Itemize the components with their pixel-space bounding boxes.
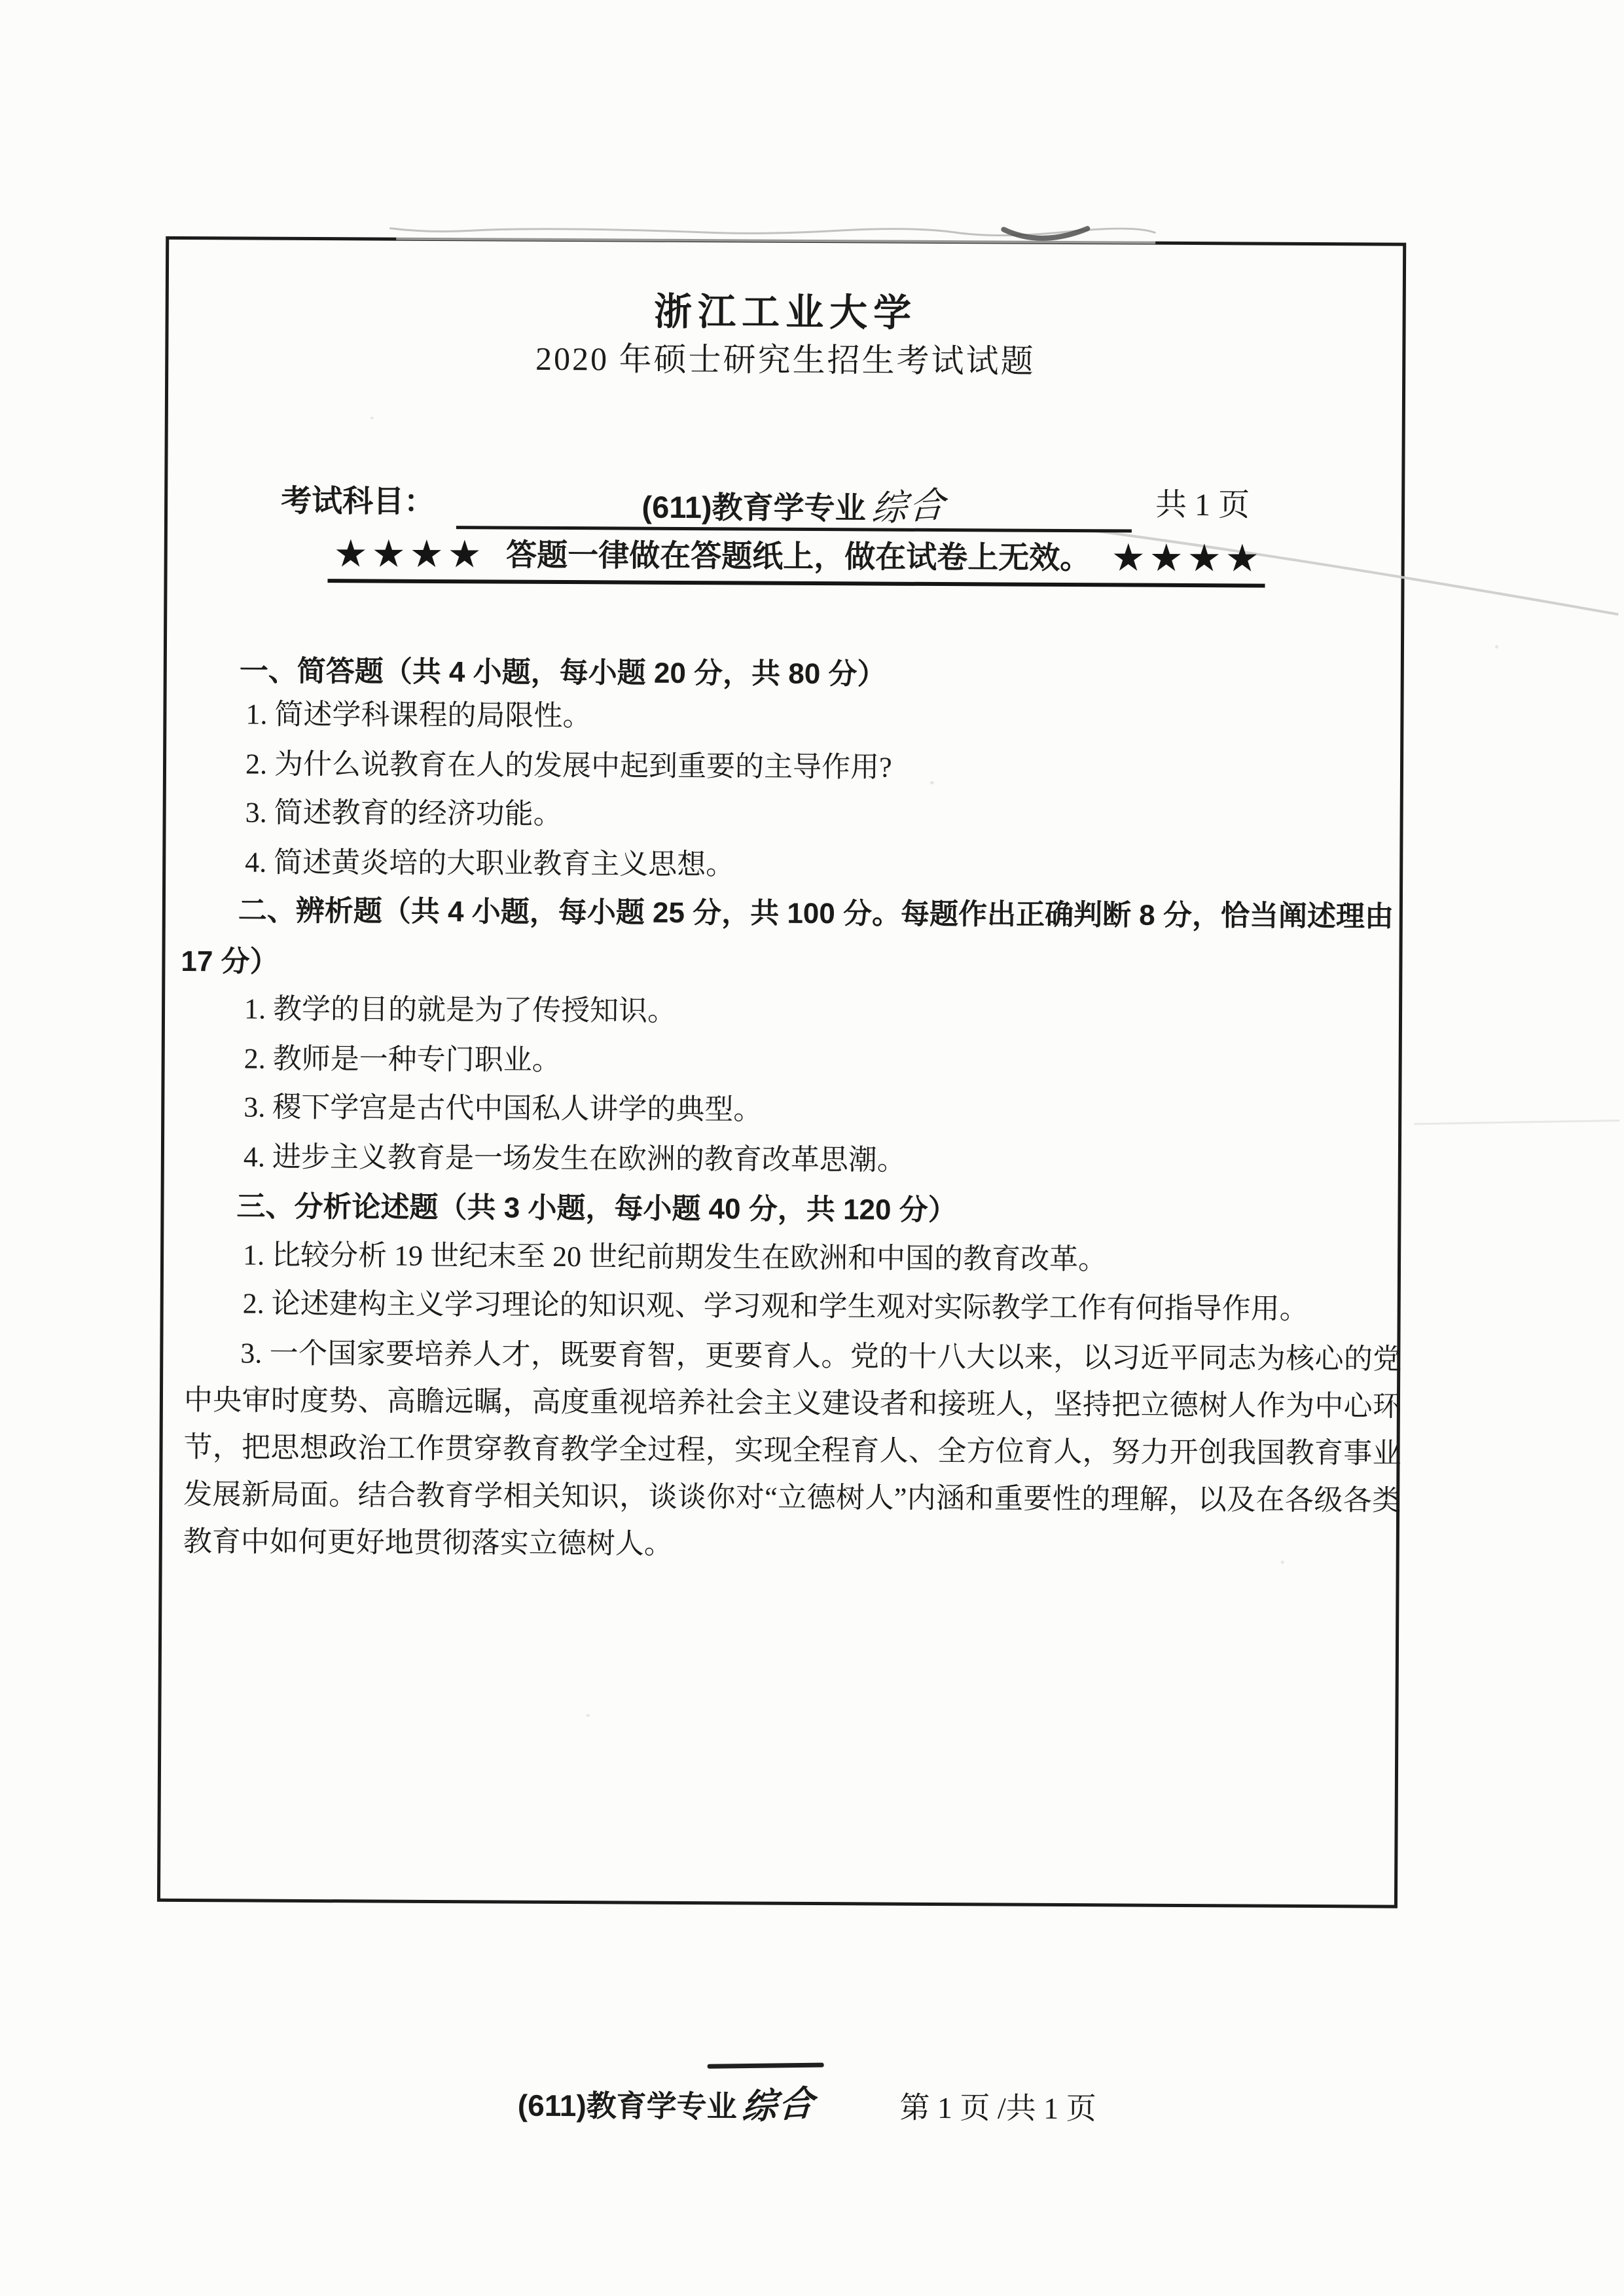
ink-swoosh-mark <box>1003 228 1087 239</box>
page-footer: (611)教育学专业综合 第 1 页 /共 1 页 <box>0 2081 1619 2131</box>
section-2-heading-cont: 17 分） <box>181 943 278 981</box>
stars-left-icon: ★★★★ <box>334 532 486 577</box>
total-pages-note: 共 1 页 <box>1155 486 1250 525</box>
stars-right-icon: ★★★★ <box>1111 536 1263 581</box>
section-1-heading: 一、简答题（共 4 小题，每小题 20 分，共 80 分） <box>240 653 886 693</box>
question-3-3-paragraph: 3. 一个国家要培养人才，既要育智，更要育人。党的十八大以来，以习近平同志为核心… <box>183 1330 1402 1572</box>
question-2-2: 2. 教师是一种专门职业。 <box>244 1040 561 1079</box>
question-1-3: 3. 简述教育的经济功能。 <box>245 794 562 833</box>
scan-speck <box>370 416 374 419</box>
footer-page-info: 第 1 页 /共 1 页 <box>899 2088 1096 2129</box>
footer-subject: (611)教育学专业综合 <box>518 2085 816 2127</box>
exam-subtitle: 2020 年硕士研究生招生考试试题 <box>165 336 1405 384</box>
answer-notice-text: 答题一律做在答题纸上，做在试卷上无效。 <box>506 533 1091 581</box>
question-2-1: 1. 教学的目的就是为了传授知识。 <box>244 991 676 1029</box>
scan-speck <box>930 781 934 784</box>
question-1-2: 2. 为什么说教育在人的发展中起到重要的主导作用? <box>245 746 892 786</box>
fold-wave-line <box>389 225 1155 236</box>
paper-sheet: 浙江工业大学 2020 年硕士研究生招生考试试题 考试科目： (611)教育学专… <box>0 0 1624 2296</box>
question-3-1: 1. 比较分析 19 世纪末至 20 世纪前期发生在欧洲和中国的教育改革。 <box>243 1237 1107 1278</box>
section-3-heading: 三、分析论述题（共 3 小题，每小题 40 分，共 120 分） <box>236 1188 956 1229</box>
question-2-4: 4. 进步主义教育是一场发生在欧洲的教育改革思潮。 <box>244 1139 906 1178</box>
university-title: 浙江工业大学 <box>165 287 1405 339</box>
question-1-4: 4. 简述黄炎培的大职业教育主义思想。 <box>245 844 734 883</box>
subject-label: 考试科目： <box>281 482 435 520</box>
question-2-3: 3. 稷下学宫是古代中国私人讲学的典型。 <box>244 1089 762 1128</box>
question-3-2: 2. 论述建构主义学习理论的知识观、学习观和学生观对实际教学工作有何指导作用。 <box>243 1285 1308 1328</box>
scan-speck <box>1281 1561 1284 1564</box>
subject-code: (611)教育学专业 <box>641 490 865 526</box>
scan-speck <box>1495 645 1498 648</box>
faint-streak <box>1414 1120 1619 1125</box>
subject-field: (611)教育学专业综合 <box>456 446 1132 532</box>
answer-notice-row: ★★★★ 答题一律做在答题纸上，做在试卷上无效。 ★★★★ <box>334 532 1263 581</box>
footer-ink-dash <box>708 2063 824 2069</box>
footer-subject-script-word: 综合 <box>741 2083 817 2128</box>
section-2-heading: 二、辨析题（共 4 小题，每小题 25 分，共 100 分。每题作出正确判断 8… <box>238 892 1394 935</box>
scan-speck <box>586 1714 590 1717</box>
scanned-exam-page: 浙江工业大学 2020 年硕士研究生招生考试试题 考试科目： (611)教育学专… <box>0 0 1624 2296</box>
question-1-1: 1. 简述学科课程的局限性。 <box>245 696 591 735</box>
footer-subject-code: (611)教育学专业 <box>518 2088 737 2124</box>
